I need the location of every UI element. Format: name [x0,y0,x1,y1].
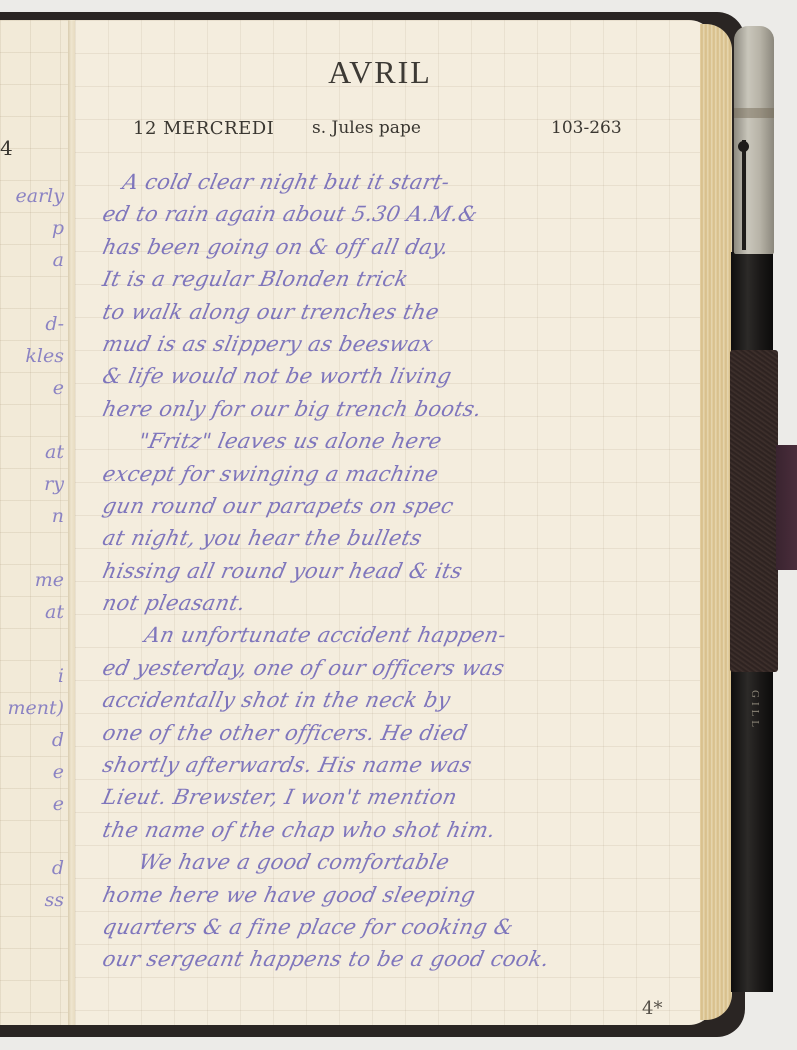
entry-line: A cold clear night but it start- [100,166,697,198]
entry-line: the name of the chap who shot him. [100,814,697,846]
entry-line: at night, you hear the bullets [100,522,697,554]
page-number: 4* [642,998,662,1019]
left-fragment: d [0,852,70,884]
entry-line: one of the other officers. He died [100,717,697,749]
left-fragment: d- [0,308,70,340]
left-fragment: ry [0,468,70,500]
left-fragment: me [0,564,70,596]
entry-line: We have a good comfortable [100,846,697,878]
left-fragment: p [0,212,70,244]
left-fragment: a [0,244,70,276]
day-label: 12 MERCREDI [133,118,274,139]
pencil-strap [730,350,778,672]
pencil-cap [734,26,774,254]
left-fragment [0,628,70,660]
entry-line: It is a regular Blonden trick [100,263,697,295]
entry-line: accidentally shot in the neck by [100,684,697,716]
month-heading: AVRIL [75,54,685,91]
left-fragment: ment) [0,692,70,724]
entry-line: shortly afterwards. His name was [100,749,697,781]
entry-line: not pleasant. [100,587,697,619]
page-edges [700,24,732,1020]
entry-line: ed yesterday, one of our officers was [100,652,697,684]
entry-line: except for swinging a machine [100,458,697,490]
left-fragment: early [0,180,70,212]
diary-entry: A cold clear night but it start- ed to r… [103,166,693,976]
left-page-handwriting: early p a d- kles e at ry n me at i ment… [0,180,70,916]
entry-line: An unfortunate accident happen- [100,619,697,651]
left-fragment: ss [0,884,70,916]
left-fragment: e [0,788,70,820]
pencil-clip-rivet [738,141,749,152]
entry-line: mud is as slippery as beeswax [100,328,697,360]
entry-line: hissing all round your head & its [100,555,697,587]
left-fragment: e [0,756,70,788]
entry-line: Lieut. Brewster, I won't mention [100,781,697,813]
left-fragment: d [0,724,70,756]
left-fragment: n [0,500,70,532]
left-fragment [0,276,70,308]
entry-line: our sergeant happens to be a good cook. [100,943,697,975]
strap-tab [776,445,797,570]
left-fragment: e [0,372,70,404]
left-page-date: 4 [0,136,13,160]
left-fragment: at [0,596,70,628]
left-page: 4 early p a d- kles e at ry n me at i me… [0,20,70,1025]
pencil-imprint: GILL [741,690,761,731]
entry-line: quarters & a fine place for cooking & [100,911,697,943]
pencil-cap-band [734,108,774,118]
left-fragment: i [0,660,70,692]
entry-line: & life would not be worth living [100,360,697,392]
saint-of-day: s. Jules pape [312,118,421,138]
entry-line: here only for our big trench boots. [100,393,697,425]
day-count: 103-263 [551,118,622,138]
entry-line: "Fritz" leaves us alone here [100,425,697,457]
entry-line: ed to rain again about 5.30 A.M.& [100,198,697,230]
left-fragment [0,404,70,436]
left-fragment [0,532,70,564]
entry-line: has been going on & off all day. [100,231,697,263]
left-fragment [0,820,70,852]
left-fragment: kles [0,340,70,372]
left-fragment: at [0,436,70,468]
pencil-clip [742,140,746,250]
entry-line: gun round our parapets on spec [100,490,697,522]
entry-line: home here we have good sleeping [100,879,697,911]
entry-line: to walk along our trenches the [100,296,697,328]
